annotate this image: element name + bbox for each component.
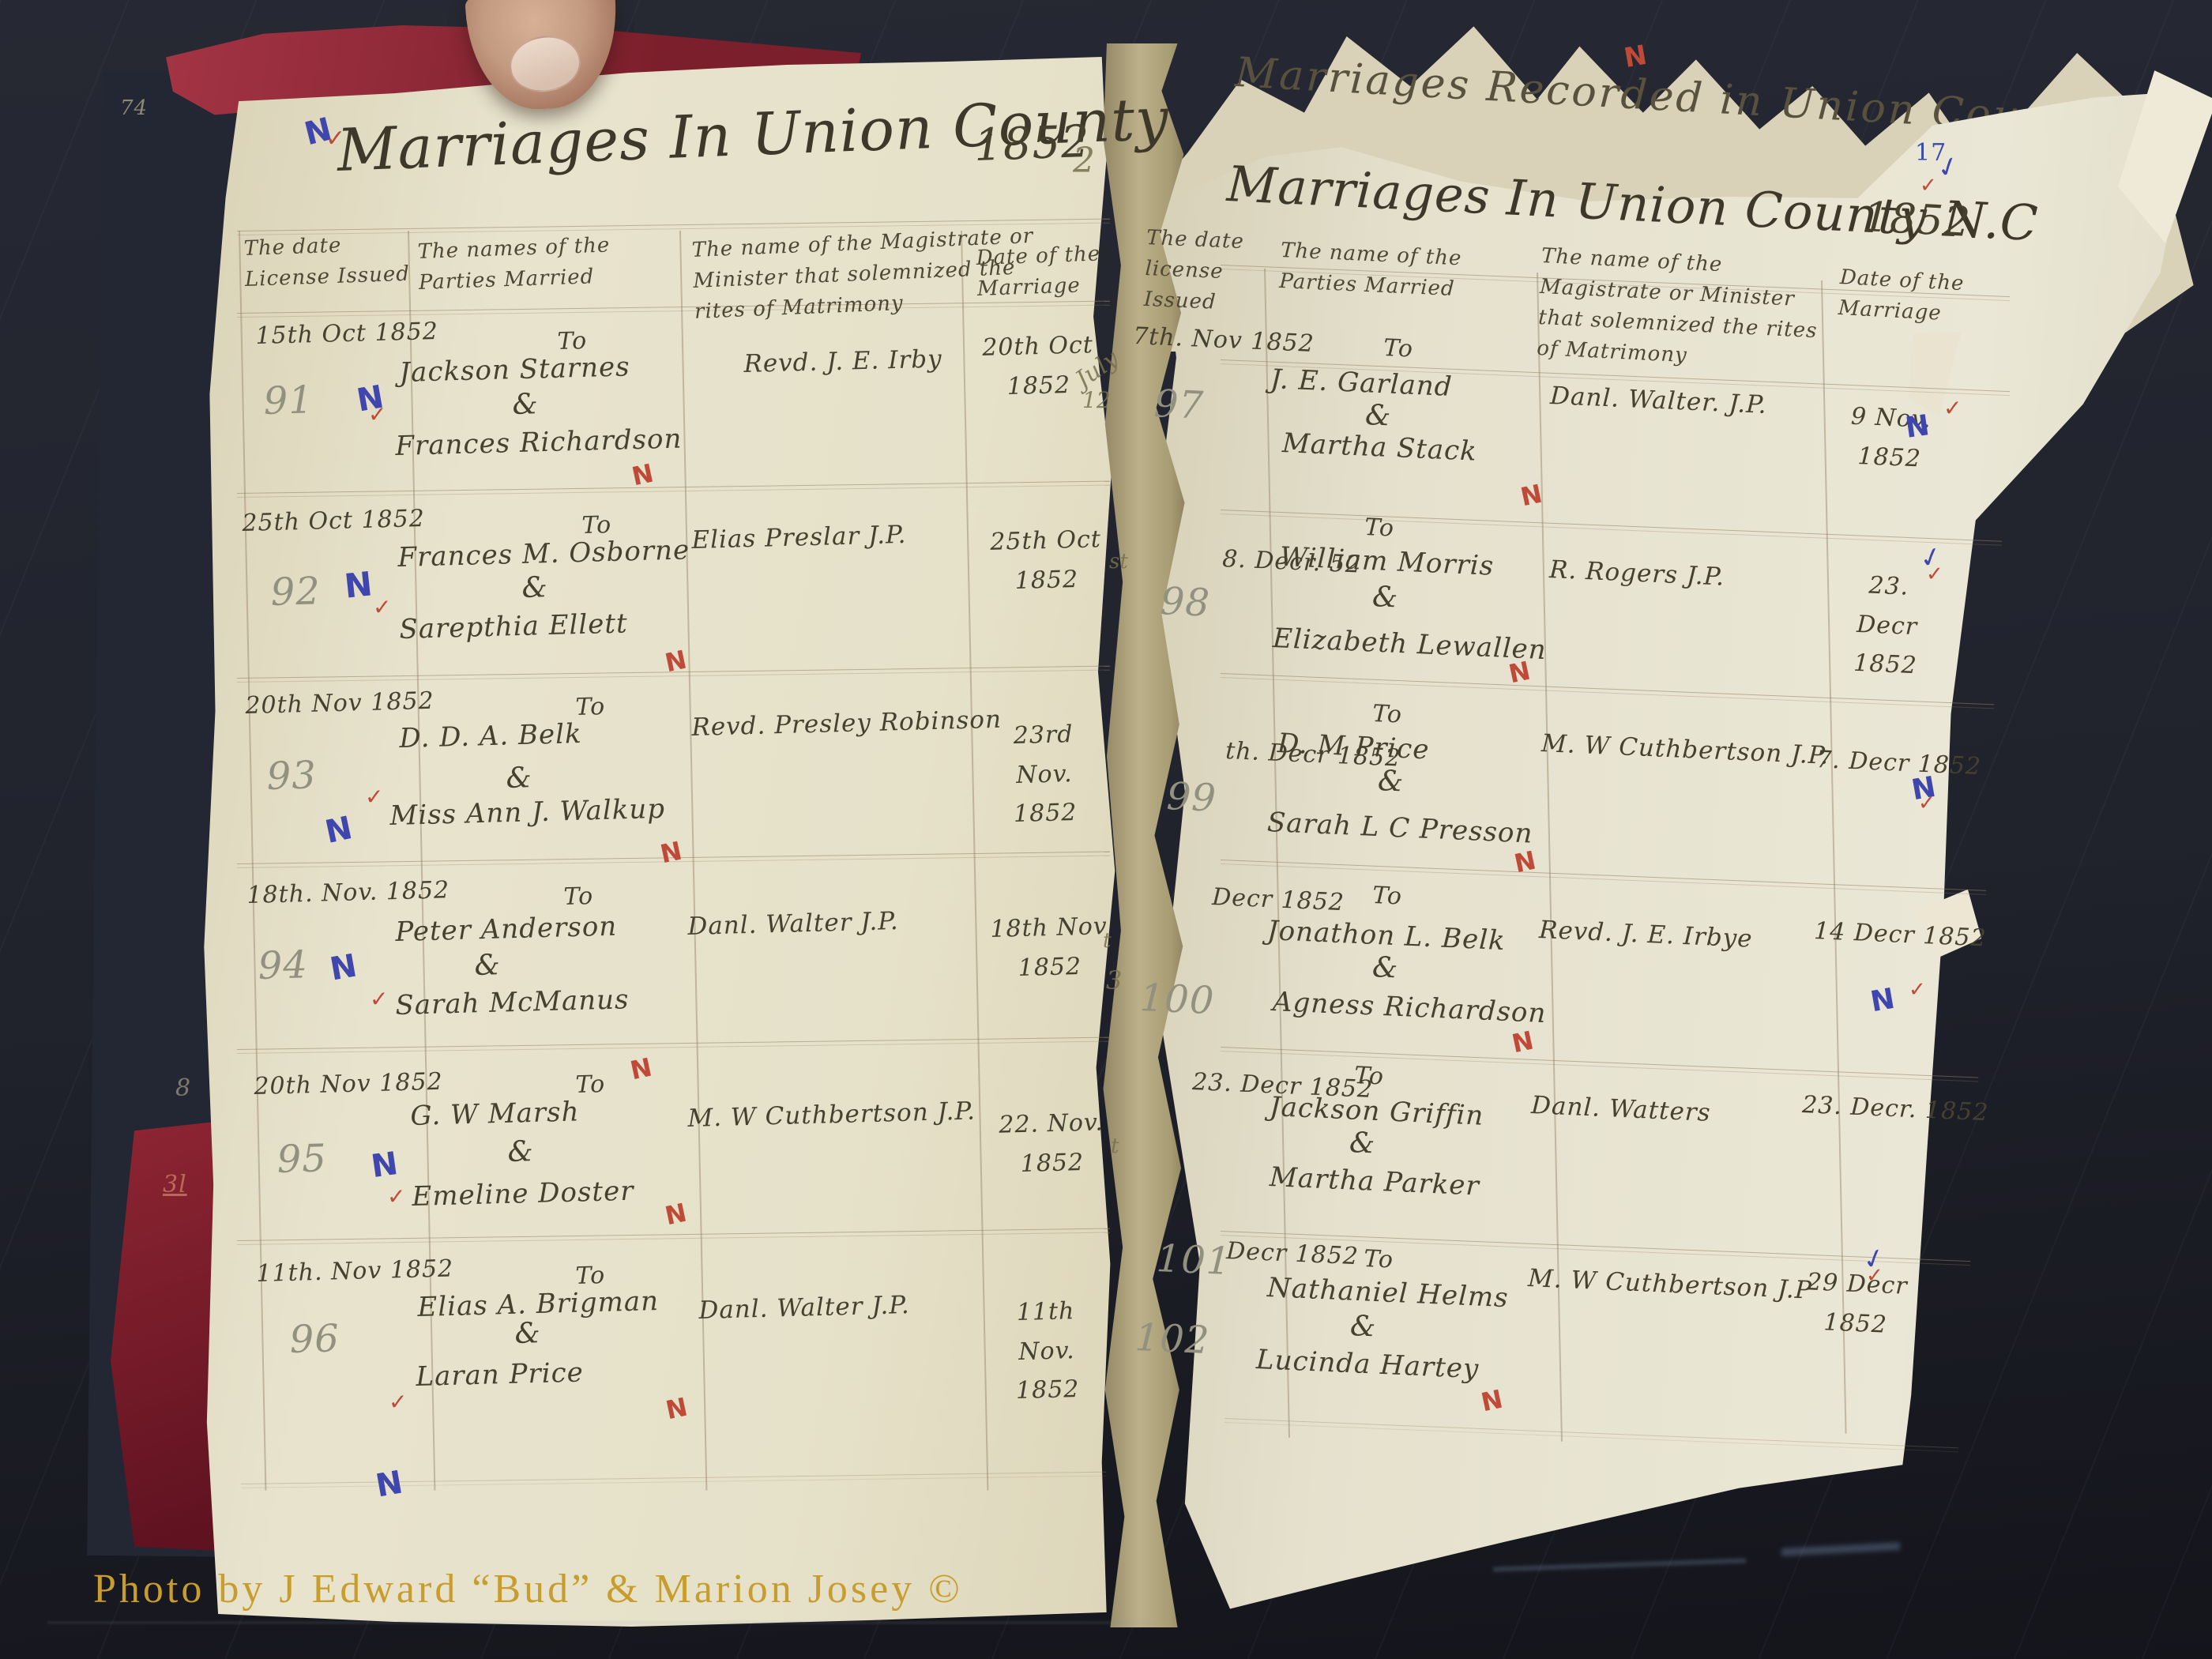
torn-fragment: t [1103, 929, 1111, 953]
column-header-license: The date license Issued [1143, 223, 1273, 321]
torn-fragment: st [1109, 550, 1128, 574]
ampersand: & [1349, 1310, 1377, 1343]
to-word: To [1371, 882, 1402, 911]
check-mark-icon: ✓ [325, 125, 345, 152]
license-date: 11th. Nov 1852 [256, 1255, 454, 1288]
record-number: 100 [1139, 976, 1216, 1023]
torn-fragment: 12 [1082, 387, 1111, 413]
record-number: 91 [263, 378, 314, 423]
right-page-title-year: 1852 [1862, 194, 1972, 246]
margin-note: 74 [120, 96, 148, 120]
officiant-name: Elias Preslar J.P. [691, 521, 907, 555]
check-mark-icon: ✓ [365, 784, 383, 810]
check-mark-icon: ✓ [1909, 978, 1926, 1002]
to-word: To [563, 882, 594, 911]
record-number: 102 [1134, 1315, 1211, 1363]
to-word: To [1363, 1245, 1394, 1274]
marriage-date: 25th Oct 1852 [986, 520, 1107, 601]
photographer-wat​ermark: Photo by J Edward “Bud” & Marion Josey © [93, 1566, 963, 1612]
record-number: 96 [289, 1316, 340, 1362]
ampersand: & [1349, 1127, 1376, 1160]
check-mark-icon: ✓ [370, 986, 388, 1012]
officiant-name: Danl. Walter J.P. [687, 907, 899, 941]
check-mark-icon: ✓ [1920, 174, 1937, 197]
to-word: To [575, 693, 606, 721]
record-number: 101 [1156, 1236, 1232, 1284]
record-number: 93 [266, 753, 318, 799]
column-header-officiant: The name of the Magistrate or Minister t… [1536, 241, 1841, 378]
check-mark-icon: ✓ [1926, 562, 1943, 586]
torn-fragment: 2 [1073, 141, 1095, 181]
squiggle-mark-icon: N [343, 564, 374, 605]
marriage-date: 23rd Nov. 1852 [984, 714, 1105, 834]
record-number: 95 [276, 1136, 328, 1182]
column-header-date: Date of the Marriage [976, 239, 1112, 305]
to-word: To [575, 1262, 606, 1290]
officiant-name: Revd. J. E. Irby [743, 344, 942, 378]
ampersand: & [1377, 765, 1405, 798]
marriage-date: 29 Decr 1852 [1800, 1262, 1913, 1345]
license-date: Decr 1852 [1211, 883, 1345, 916]
license-date: 15th Oct 1852 [255, 318, 438, 350]
to-word: To [575, 1070, 606, 1099]
check-mark-icon: ✓ [1866, 1264, 1883, 1288]
to-word: To [557, 327, 588, 355]
officiant-name: Danl. Walter J.P. [698, 1291, 910, 1325]
license-date: 20th Nov 1852 [245, 687, 434, 720]
ampersand: & [1364, 399, 1392, 432]
column-header-parties: The name of the Parties Married [1278, 235, 1541, 309]
license-date: Decr 1852 [1225, 1237, 1359, 1270]
table-glint [47, 1621, 1153, 1624]
to-word: To [1364, 513, 1394, 543]
groom-name: Jackson Starnes [399, 351, 630, 389]
ampersand: & [506, 762, 532, 795]
marriage-date: 18th Nov 1852 [989, 907, 1110, 988]
squiggle-mark-icon: N [369, 1145, 401, 1185]
check-mark-icon: ✓ [1943, 395, 1962, 421]
check-mark-icon: ✓ [1918, 792, 1935, 815]
margin-note: 8 [175, 1074, 191, 1102]
record-number: 94 [258, 942, 309, 988]
ampersand: & [507, 1135, 534, 1168]
check-mark-icon: ✓ [368, 401, 386, 427]
margin-note: 3l [163, 1171, 187, 1198]
column-header-license: The date License Issued [243, 228, 416, 295]
license-date: 18th. Nov. 1852 [246, 876, 450, 909]
column-header-parties: The names of the Parties Married [417, 228, 680, 298]
torn-fragment: 3 [1106, 965, 1122, 995]
to-word: To [581, 511, 612, 540]
check-mark-icon: ✓ [373, 594, 391, 620]
ampersand: & [1371, 581, 1399, 614]
torn-fragment: t [1111, 1134, 1119, 1158]
record-number: 98 [1160, 579, 1211, 626]
groom-name: D. D. A. Belk [399, 718, 582, 754]
groom-name: Peter Anderson [395, 911, 618, 948]
ampersand: & [474, 949, 501, 982]
record-number: 92 [270, 569, 322, 615]
marriage-date: 11th Nov. 1852 [986, 1291, 1108, 1411]
record-number: 97 [1153, 382, 1205, 428]
ampersand: & [512, 388, 539, 421]
check-mark-icon: ✓ [387, 1183, 405, 1209]
bride-name: Emeline Doster [412, 1176, 634, 1213]
marriage-date: 23. Decr 1852 [1838, 565, 1937, 687]
groom-name: G. W Marsh [410, 1096, 580, 1132]
fingernail [506, 31, 585, 96]
photo-of-marriage-ledger: Marriages Recorded in Union County 185 M… [0, 0, 2212, 1659]
ampersand: & [1371, 951, 1399, 984]
bride-name: Sarepthia Ellett [399, 608, 628, 645]
license-date: 25th Oct 1852 [242, 505, 425, 537]
check-mark-icon: ✓ [389, 1389, 407, 1415]
bride-name: Laran Price [416, 1356, 584, 1393]
to-word: To [1371, 700, 1402, 729]
record-number: 99 [1166, 774, 1217, 821]
license-date: 20th Nov 1852 [254, 1068, 443, 1100]
column-header-date: Date of the Marriage [1838, 262, 1967, 330]
ampersand: & [514, 1317, 541, 1350]
to-word: To [1353, 1062, 1384, 1091]
to-word: To [1382, 334, 1413, 363]
groom-name: D. M Price [1277, 728, 1430, 766]
ampersand: & [521, 571, 548, 604]
squiggle-mark-icon: N [1903, 409, 1932, 445]
bride-name: Sarah McManus [395, 984, 630, 1021]
marriage-date: 22. Nov. 1852 [991, 1103, 1112, 1184]
